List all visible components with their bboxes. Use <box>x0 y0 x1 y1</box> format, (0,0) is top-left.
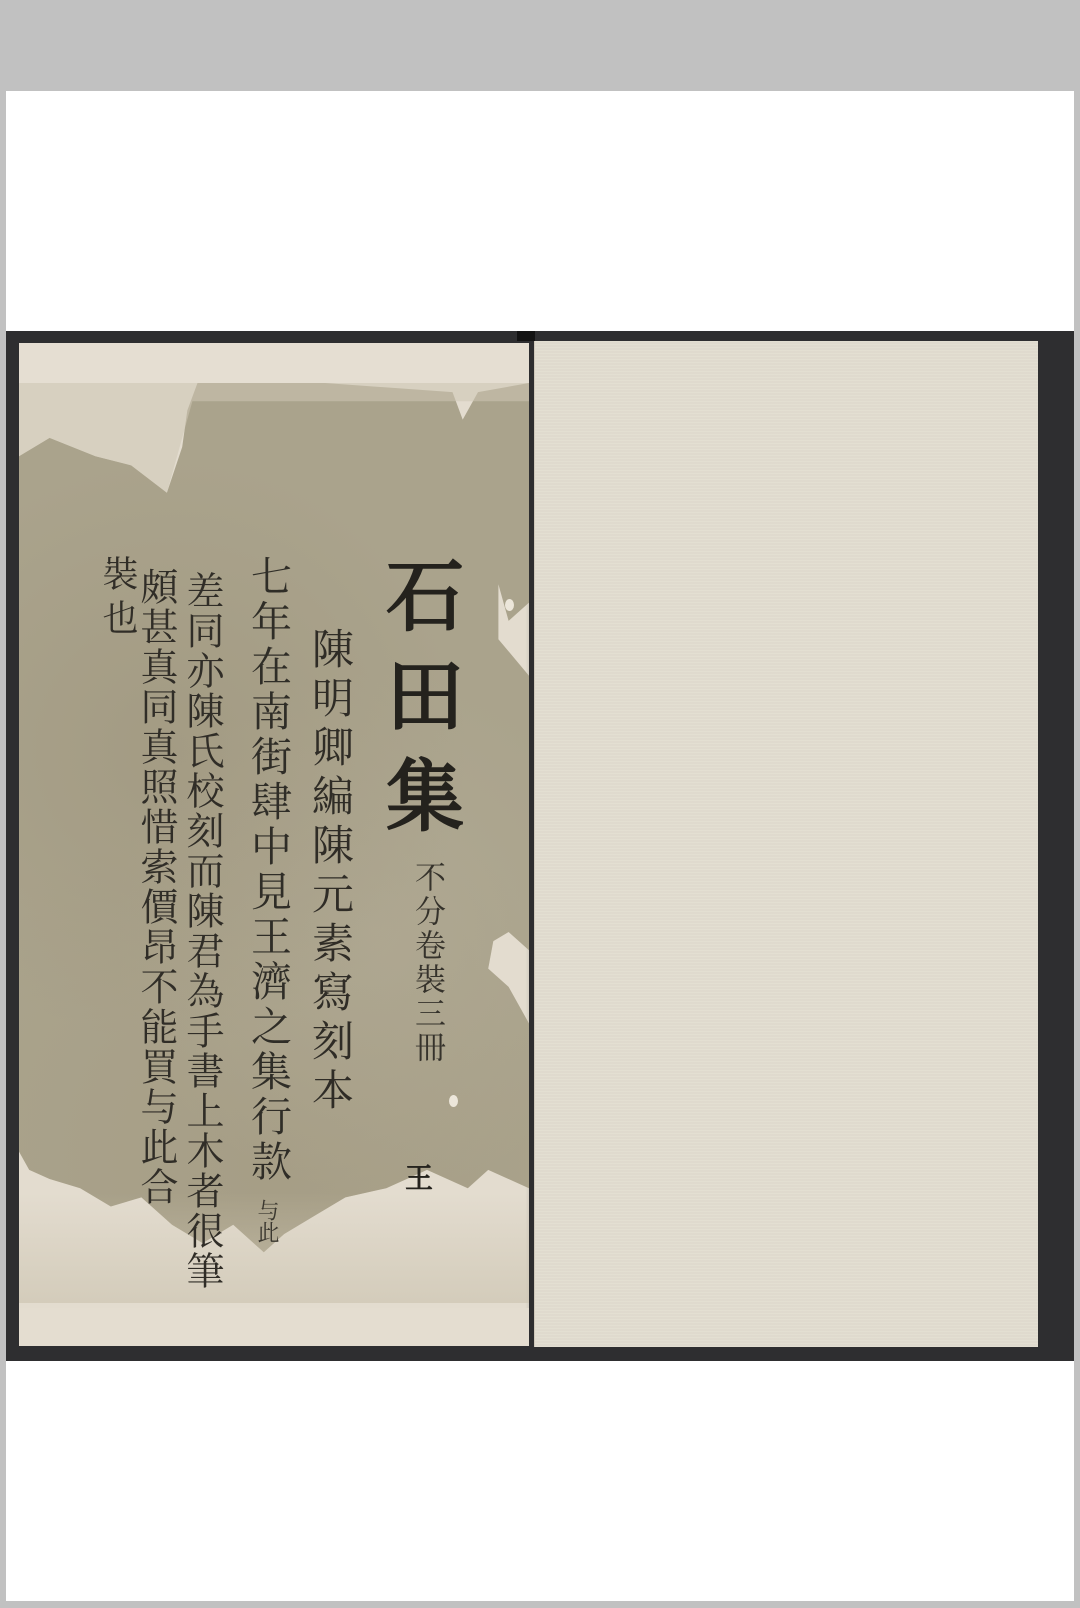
bottom-margin-band <box>19 1308 529 1346</box>
spine-tab <box>517 331 535 341</box>
paper-speck <box>449 1095 458 1107</box>
paper-speck <box>505 599 514 611</box>
inscription-line-2: 差同亦陳氏校刻而陳君為手書上木者很筆 <box>183 571 221 1291</box>
top-margin-band <box>19 343 529 383</box>
left-page: 石田集 不分卷裝三冊 王 陳明卿編陳元素寫刻本 七年在南街肆中見王濟之集行款 与… <box>19 343 529 1346</box>
collection-mark: 王 <box>403 1163 431 1191</box>
inscription-line-1: 七年在南街肆中見王濟之集行款 <box>247 555 288 1185</box>
inscription-line-4: 裝也 <box>99 555 135 643</box>
book-title: 石田集 <box>379 555 457 855</box>
volume-note: 不分卷裝三冊 <box>411 861 442 1065</box>
editor-line: 陳明卿編陳元素寫刻本 <box>309 627 351 1117</box>
book-scan-image: 石田集 不分卷裝三冊 王 陳明卿編陳元素寫刻本 七年在南街肆中見王濟之集行款 与… <box>6 331 1074 1361</box>
inscription-line-3: 頗甚真同真照惜索價昂不能買与此合 <box>137 567 175 1207</box>
right-page-blank <box>534 341 1038 1347</box>
inscription-line-1-small: 与此 <box>255 1199 277 1243</box>
